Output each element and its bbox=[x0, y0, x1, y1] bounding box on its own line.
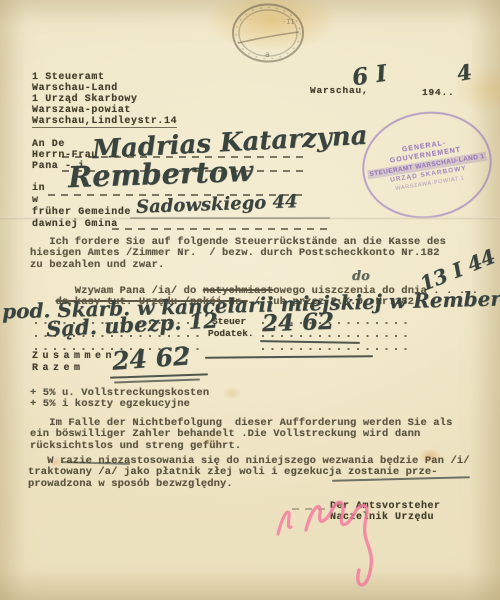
sender-address-block: 1 Steueramt Warschau-Land 1 Urząd Skarbo… bbox=[32, 72, 177, 128]
sender-line: Warschau-Land bbox=[32, 83, 177, 94]
handwritten-total: 24 62 bbox=[111, 341, 191, 375]
total-rule-line bbox=[205, 355, 373, 358]
dateline-year: 194.. bbox=[422, 87, 455, 98]
zusammen-label: Zusammen bbox=[32, 351, 116, 362]
dotted-leader bbox=[262, 348, 407, 350]
scanned-tax-notice-document: a -II 1 Steueramt Warschau-Land 1 Urząd … bbox=[0, 0, 500, 600]
handwritten-tax-amount: 24 62 bbox=[262, 308, 335, 337]
paper-crease bbox=[0, 217, 500, 219]
handwritten-town: Rembertow bbox=[67, 154, 253, 194]
postmark-numerals: -II bbox=[282, 18, 295, 26]
sender-line: Warszawa-powiat bbox=[32, 105, 177, 116]
total-underline bbox=[114, 378, 200, 383]
handwritten-year-digit: 4 bbox=[455, 59, 474, 86]
postmark-letter: a bbox=[265, 50, 270, 59]
handwritten-signature bbox=[262, 492, 442, 597]
sender-line: 1 Steueramt bbox=[32, 72, 177, 83]
handwritten-do-correction: do bbox=[352, 269, 370, 284]
handwritten-street: Sadowskiego 44 bbox=[136, 191, 298, 218]
gmina-label: dawniej Gmina bbox=[32, 219, 118, 230]
handwritten-day: 6 I bbox=[350, 60, 388, 92]
sender-line: Warschau,Lindleystr.14 bbox=[32, 116, 177, 128]
demand-paragraph-de: Ich fordere Sie auf folgende Steuerrücks… bbox=[30, 237, 490, 271]
razem-label: Razem bbox=[32, 363, 85, 374]
postmark-stamp-icon: a -II bbox=[226, 2, 310, 68]
office-round-stamp: GENERAL- GOUVERNEMENT STEUERAMT WARSCHAU… bbox=[355, 102, 500, 227]
warning-paragraph-de: Im Falle der Nichtbefolgung dieser Auffo… bbox=[30, 418, 492, 452]
w-label: w bbox=[32, 195, 39, 206]
sender-line: 1 Urząd Skarbowy bbox=[32, 94, 177, 105]
amount-underline bbox=[260, 340, 360, 344]
in-label: in bbox=[32, 183, 45, 194]
surcharge-pl: + 5% i koszty egzekucyjne bbox=[30, 399, 190, 410]
fill-in-line bbox=[112, 228, 330, 230]
recipient-label-de: An De bbox=[32, 139, 65, 150]
